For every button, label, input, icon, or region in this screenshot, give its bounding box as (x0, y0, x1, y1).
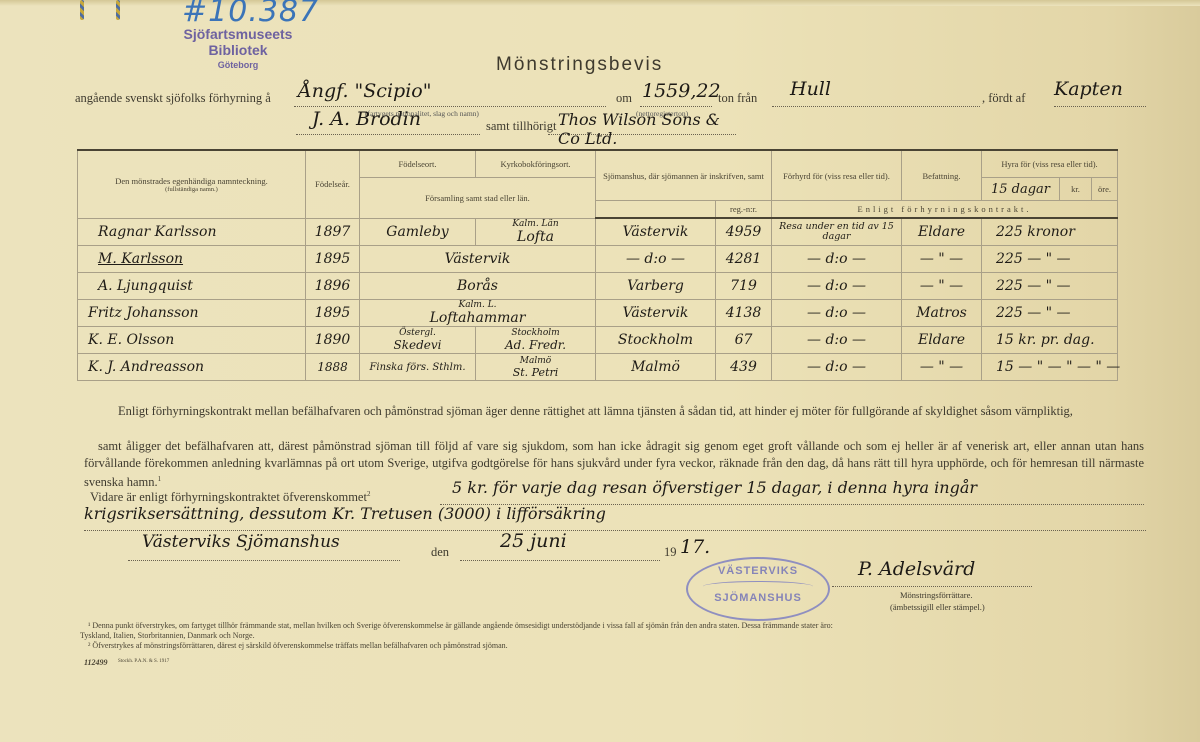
agreement-text-line2: krigsriksersättning, dessutom Kr. Tretus… (84, 504, 606, 523)
crew-house: — d:o — (596, 246, 716, 273)
crew-reg: 67 (716, 327, 772, 354)
crew-position: Matros (902, 300, 982, 327)
crew-position: — " — (902, 273, 982, 300)
header-name-sub: (fullständiga namn.) (78, 186, 305, 193)
print-code: 112499 (84, 658, 108, 667)
crew-registry: MalmöSt. Petri (476, 354, 596, 381)
crew-hired: — d:o — (772, 327, 902, 354)
terms-paragraph-1: Enligt förhyrningskontrakt mellan befälh… (84, 403, 1144, 420)
place-field: Västerviks Sjömanshus (128, 536, 400, 561)
table-row: Ragnar Karlsson 1897 Gamleby Kalm. LänLo… (78, 218, 1118, 246)
seal-bottom-text: SJÖMANSHUS (688, 592, 828, 604)
crew-reg: 4138 (716, 300, 772, 327)
year-suffix: 17. (680, 536, 710, 558)
crew-reg: 4281 (716, 246, 772, 273)
binding-string (80, 0, 84, 20)
owner-field: Thos Wilson Sons & Co Ltd. (548, 112, 736, 135)
crew-name: A. Ljungquist (78, 273, 306, 300)
date-den-label: den (431, 545, 449, 560)
agreement-label: Vidare är enligt förhyrningskontraktet ö… (90, 490, 370, 505)
header-birthplace: Födelseort. (360, 150, 476, 178)
library-stamp: Sjöfartsmuseets Bibliotek Göteborg (168, 26, 308, 70)
footnote-ref: 1 (158, 475, 162, 483)
crew-position: Eldare (902, 327, 982, 354)
om-label: om (616, 91, 632, 106)
wage-period-value: 15 dagar (991, 182, 1050, 197)
crew-registry: Kalm. LänLofta (476, 218, 596, 246)
binding-string (116, 0, 120, 20)
crew-reg: 439 (716, 354, 772, 381)
crew-name: K. J. Andreasson (78, 354, 306, 381)
crew-hired: — d:o — (772, 273, 902, 300)
crew-wage: 225 — " — (982, 273, 1118, 300)
crew-position: Eldare (902, 218, 982, 246)
tonnage-field: 1559,22 (640, 84, 712, 107)
footnote-2: ² Öfverstrykes af mönstringsförrättaren,… (88, 641, 508, 650)
agreement-field-line2: krigsriksersättning, dessutom Kr. Tretus… (84, 508, 1146, 531)
master-name: J. A. Brodin (312, 108, 421, 130)
place-value: Västerviks Sjömanshus (142, 532, 340, 552)
master-name-field: J. A. Brodin (296, 112, 480, 135)
header-contract-span: Enligt förhyrningskontrakt. (772, 201, 1118, 219)
crew-wage: 225 — " — (982, 300, 1118, 327)
crew-position: — " — (902, 246, 982, 273)
crew-wage: 225 — " — (982, 246, 1118, 273)
table-row: A. Ljungquist 1896 Borås Varberg 719 — d… (78, 273, 1118, 300)
officer-caption: (ämbetssigill eller stämpel.) (890, 602, 985, 612)
crew-wage: 225 kronor (982, 218, 1118, 246)
header-birth-year: Födelseår. (306, 150, 360, 218)
port-field: Hull (772, 84, 980, 107)
seamans-house-seal: VÄSTERVIKS SJÖMANSHUS (686, 557, 830, 621)
officer-signature-field: P. Adelsvärd (832, 566, 1032, 587)
crew-house: Västervik (596, 300, 716, 327)
crew-wage: 15 kr. pr. dag. (982, 327, 1118, 354)
crew-house: Stockholm (596, 327, 716, 354)
header-registry-place: Kyrkobokföringsort. (476, 150, 596, 178)
crew-birth-year: 1895 (306, 246, 360, 273)
header-position: Befattning. (902, 150, 982, 201)
crew-birth-year: 1896 (306, 273, 360, 300)
document-title: Mönstringsbevis (496, 54, 663, 76)
vessel-line-prefix: angående svenskt sjöfolks förhyrning å (75, 91, 271, 106)
crew-birthplace: Kalm. L.Loftahammar (360, 300, 596, 327)
table-row: K. J. Andreasson 1888 Finska förs. Sthlm… (78, 354, 1118, 381)
seal-top-text: VÄSTERVIKS (688, 565, 828, 577)
library-stamp-line: Göteborg (168, 60, 308, 70)
crew-name: Fritz Johansson (78, 300, 306, 327)
date-value: 25 juni (500, 530, 567, 552)
officer-signature: P. Adelsvärd (858, 558, 975, 580)
fordt-af-label: , fördt af (982, 91, 1025, 106)
header-house-blank (596, 201, 716, 219)
vessel-name: Ångf. "Scipio" (298, 80, 431, 102)
table-row: M. Karlsson 1895 Västervik — d:o — 4281 … (78, 246, 1118, 273)
crew-position: — " — (902, 354, 982, 381)
footnote-1-continued: Tyskland, Italien, Storbritannien, Danma… (80, 631, 255, 640)
crew-birthplace: Gamleby (360, 218, 476, 246)
crew-registry: StockholmAd. Fredr. (476, 327, 596, 354)
footnote-ref: 2 (367, 490, 371, 498)
port-value: Hull (790, 78, 831, 100)
crew-birth-year: 1895 (306, 300, 360, 327)
table-row: K. E. Olsson 1890 Östergl.Skedevi Stockh… (78, 327, 1118, 354)
header-name-label: Den mönstrades egenhändiga namnteckning. (78, 176, 305, 186)
master-title-field: Kapten (1054, 84, 1146, 107)
header-wage-for: Hyra för (viss resa eller tid). (982, 150, 1118, 178)
crew-house: Varberg (596, 273, 716, 300)
master-title: Kapten (1054, 78, 1123, 100)
owner-label: samt tillhörigt (486, 119, 556, 134)
crew-name: K. E. Olsson (78, 327, 306, 354)
agreement-label-text: Vidare är enligt förhyrningskontraktet ö… (90, 490, 367, 504)
crew-table: Den mönstrades egenhändiga namnteckning.… (77, 149, 1118, 381)
crew-birth-year: 1888 (306, 354, 360, 381)
crew-hired: — d:o — (772, 300, 902, 327)
header-kr: kr. (1060, 178, 1092, 201)
library-stamp-line: Sjöfartsmuseets (168, 26, 308, 42)
header-ore: öre. (1092, 178, 1118, 201)
crew-birth-year: 1897 (306, 218, 360, 246)
crew-hired: — d:o — (772, 246, 902, 273)
header-name: Den mönstrades egenhändiga namnteckning.… (78, 150, 306, 218)
crew-hired: Resa under en tid av 15 dagar (772, 218, 902, 246)
crew-birthplace: Västervik (360, 246, 596, 273)
table-row: Fritz Johansson 1895 Kalm. L.Loftahammar… (78, 300, 1118, 327)
footnote-1: ¹ Denna punkt öfverstrykes, om fartyget … (88, 621, 833, 630)
agreement-text-line1: 5 kr. för varje dag resan öfverstiger 15… (452, 478, 977, 497)
archive-reference-number: #10.387 (182, 0, 319, 29)
crew-birthplace: Östergl.Skedevi (360, 327, 476, 354)
header-reg-nr: reg.-n:r. (716, 201, 772, 219)
crew-house: Västervik (596, 218, 716, 246)
vessel-field: Ångf. "Scipio" (294, 84, 606, 107)
crew-reg: 719 (716, 273, 772, 300)
library-stamp-line: Bibliotek (168, 42, 308, 58)
crew-wage: 15 — " — " — " — (982, 354, 1118, 381)
tonnage-value: 1559,22 (642, 80, 721, 102)
date-field: 25 juni (460, 536, 660, 561)
crew-house: Malmö (596, 354, 716, 381)
crew-name: Ragnar Karlsson (78, 218, 306, 246)
crew-reg: 4959 (716, 218, 772, 246)
crew-birthplace: Finska förs. Sthlm. (360, 354, 476, 381)
crew-hired: — d:o — (772, 354, 902, 381)
crew-birthplace: Borås (360, 273, 596, 300)
owner-value: Thos Wilson Sons & Co Ltd. (558, 110, 736, 148)
officer-title: Mönstringsförrättare. (900, 590, 972, 600)
ton-fran-label: ton från (718, 91, 757, 106)
crew-name: M. Karlsson (78, 246, 306, 273)
header-parish: Församling samt stad eller län. (360, 178, 596, 219)
year-prefix: 19 (664, 545, 677, 560)
page-top-edge (0, 0, 1200, 6)
agreement-field-line1: 5 kr. för varje dag resan öfverstiger 15… (440, 482, 1144, 505)
header-hired-for: Förhyrd för (viss resa eller tid). (772, 150, 902, 201)
crew-birth-year: 1890 (306, 327, 360, 354)
header-wage-period: 15 dagar (982, 178, 1060, 201)
header-seamans-house: Sjömanshus, där sjömannen är inskrifven,… (596, 150, 772, 201)
printer-mark: Stockh. P.A.N. & S. 1917 (118, 659, 169, 664)
seal-inner-ellipse (703, 581, 813, 592)
